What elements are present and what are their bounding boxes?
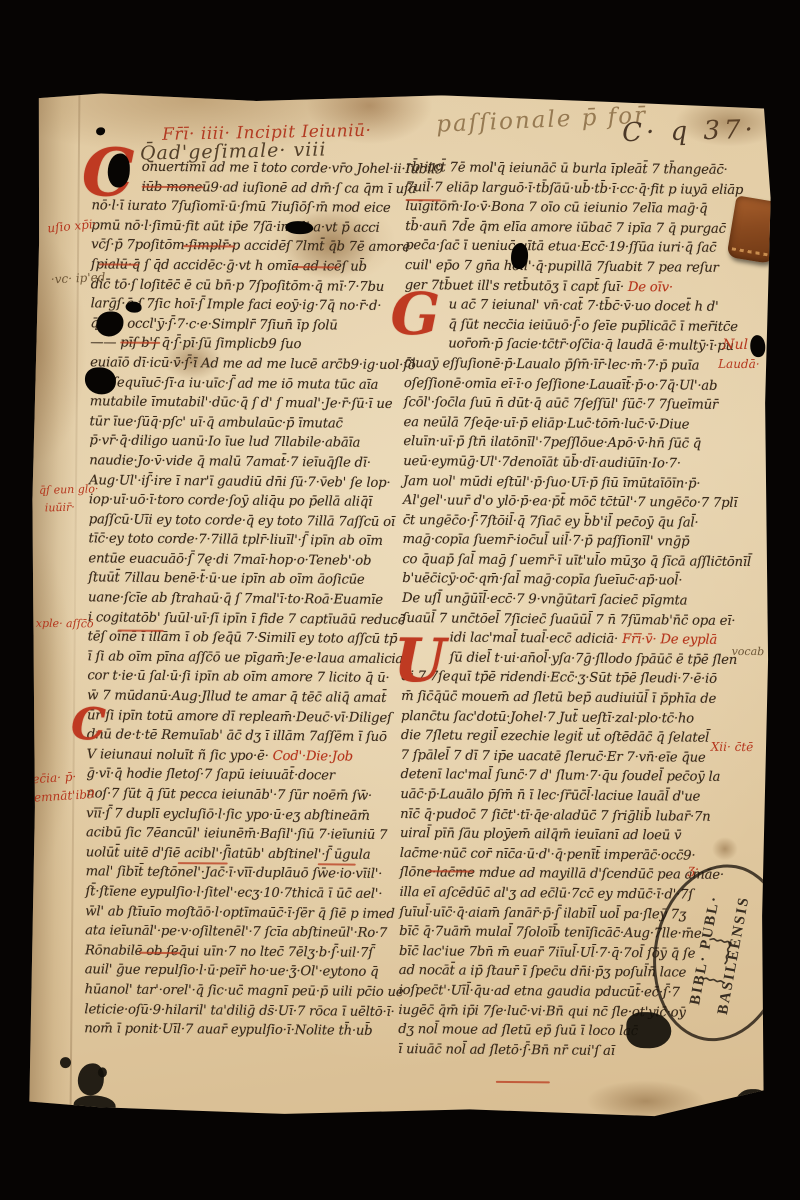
marginalia-layer: uſio xp̄i··vc· ip'edq̄ſ eun glo·iuūir̄·x… — [34, 89, 774, 95]
holes-layer — [34, 89, 774, 95]
margin-note: lec̄ia· p̄· — [28, 770, 77, 787]
margin-note: xple· aſſc̄ō — [36, 617, 94, 631]
ink-blot — [733, 1089, 769, 1129]
margin-note: vocab me· — [732, 645, 789, 658]
red-underline — [178, 862, 228, 864]
red-underline — [118, 630, 164, 632]
red-underline — [120, 342, 160, 344]
parchment-stain — [585, 1080, 705, 1123]
margin-note: iuūir̄· — [45, 501, 75, 515]
underline-layer — [34, 89, 774, 95]
running-title: paſſionale p̄ for̄ — [436, 103, 648, 138]
parchment-stain — [674, 96, 784, 147]
red-underline — [99, 263, 139, 265]
parchment-hole — [285, 221, 313, 234]
margin-note: Nul — [722, 337, 748, 353]
parchment-hole — [750, 335, 765, 357]
margin-note: ·vc· ip'ed — [51, 270, 106, 286]
drop-cap-initial: U — [393, 634, 446, 688]
parchment-hole — [85, 367, 116, 394]
red-underline — [428, 870, 474, 872]
red-underline — [139, 952, 181, 954]
stain-layer — [34, 89, 774, 95]
text-line: nom̄ ī ponit·Uīl·7 auar̄ eypulſio·ī·Noli… — [84, 1021, 424, 1044]
drop-cap-initial: G — [390, 288, 440, 341]
red-underline — [496, 1081, 550, 1083]
red-underline — [406, 199, 442, 201]
margin-note: gemnāt'ib9 — [26, 787, 95, 805]
parchment-hole — [126, 302, 142, 313]
margin-note: Xii· c̄tē — [711, 740, 754, 754]
ink-blot — [626, 1012, 671, 1048]
column-left: onuertimī ad me ī toto corde·vr̄o Johel·… — [84, 159, 432, 1044]
blots-layer — [34, 89, 774, 95]
ink-blot — [60, 1057, 71, 1068]
text-line: ī uiuāc̄ nol̄ ad ſletō·ſ̄·Bn̄ nr̄ cui'ſ … — [398, 1042, 784, 1065]
leather-tab — [727, 195, 787, 264]
red-underline — [293, 266, 339, 268]
margin-note: q̄ſ eun glo· — [39, 482, 99, 497]
ink-blot — [689, 1113, 703, 1125]
manuscript-photo: { "photo": { "background_color": "#06040… — [0, 0, 800, 1200]
tab-stitching — [732, 247, 772, 257]
red-underline — [318, 863, 356, 865]
initials-layer: CGUC — [34, 89, 774, 95]
parchment-page: Fr̄ī· iiii· Incipit Ieiuniū· paſſionale … — [26, 89, 775, 1121]
ink-blot — [98, 1067, 107, 1077]
margin-note: Laudā· — [718, 357, 760, 371]
drop-cap-initial: C — [71, 705, 106, 745]
ink-blot — [74, 1095, 116, 1115]
